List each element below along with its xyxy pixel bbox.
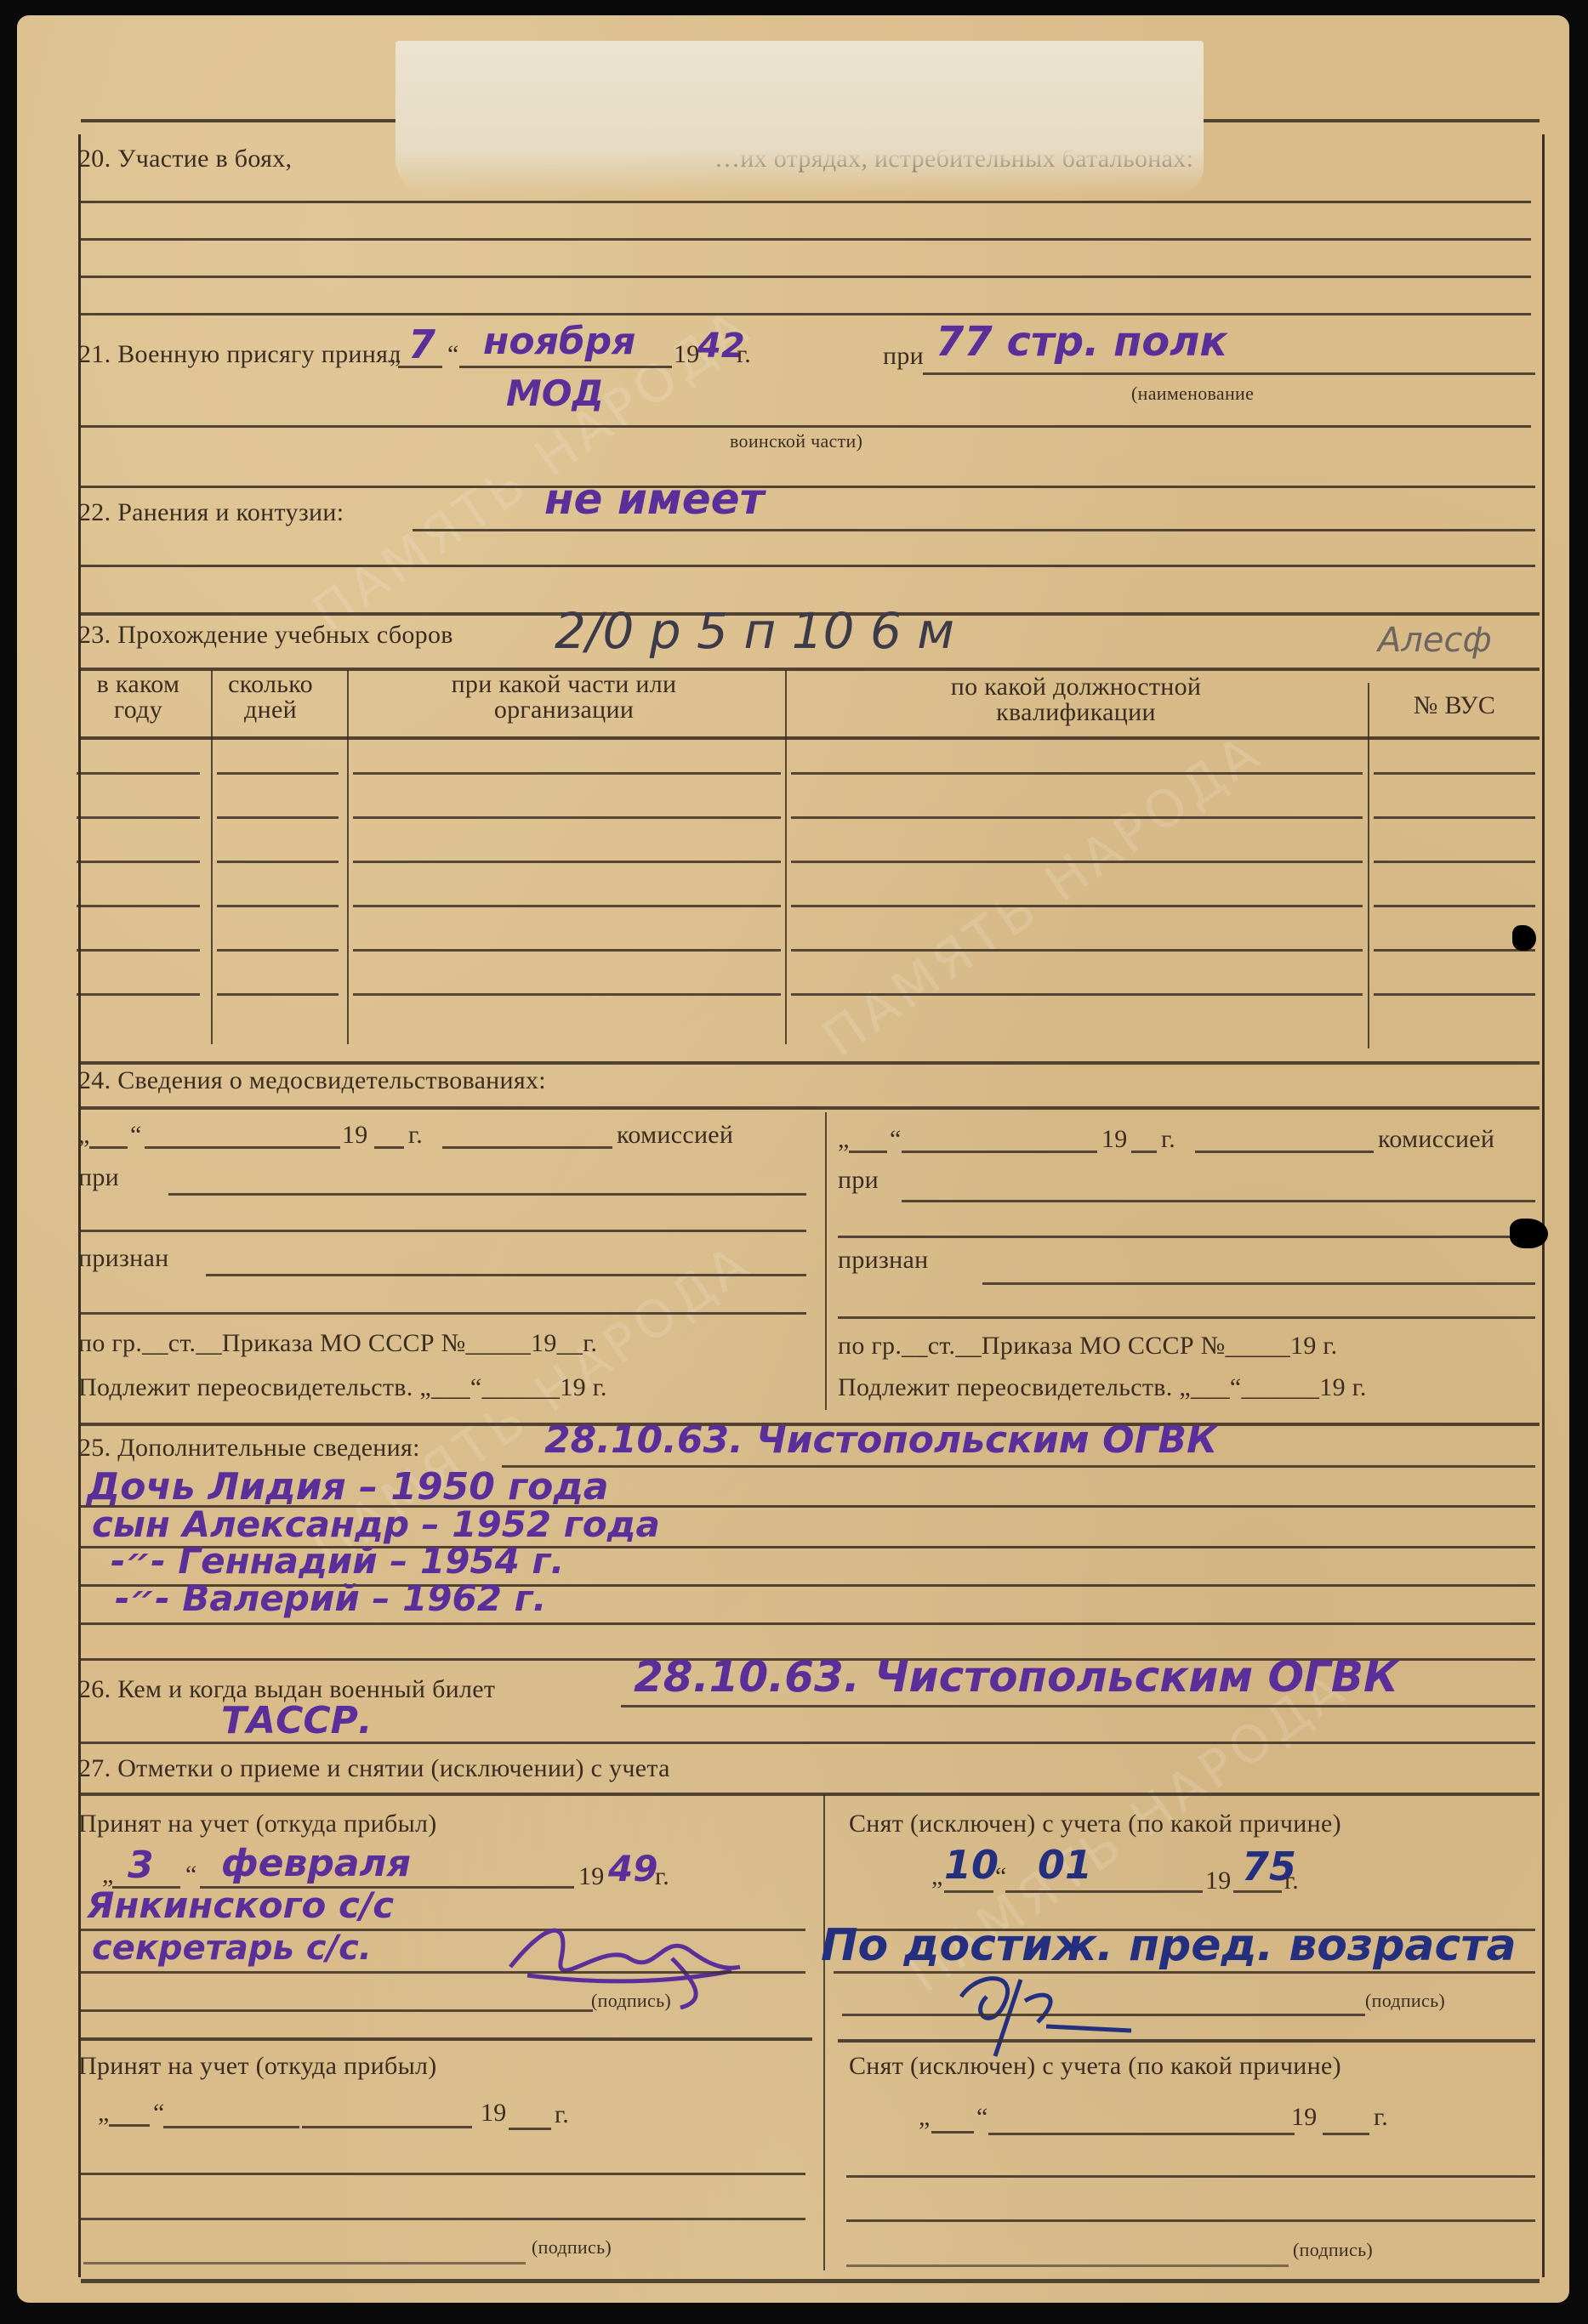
column-header-unit: при какой части илиорганизации <box>347 672 781 723</box>
blank-line <box>838 1316 1535 1319</box>
column-header-year: в какомгоду <box>77 672 200 723</box>
year-suffix-g: г. <box>1161 1125 1175 1154</box>
field27-label: 27. Отметки о приеме и снятии (исключени… <box>78 1754 670 1783</box>
quote-open: „ <box>838 1125 850 1154</box>
table-cell <box>1374 905 1535 907</box>
field22-label: 22. Ранения и контузии: <box>78 498 344 527</box>
field24-label: 24. Сведения о медосвидетельствованиях: <box>78 1066 546 1095</box>
quote-open: „ <box>390 340 401 369</box>
table-cell <box>791 816 1363 819</box>
field23-handwritten-faint: Алесф <box>1378 621 1492 660</box>
table-cell <box>791 993 1363 996</box>
field21-caption-a: (наименование <box>1131 383 1254 405</box>
order-line: по гр.__ст.__Приказа МО СССР №_____19 г. <box>838 1332 1337 1361</box>
table-cell <box>353 993 781 996</box>
blank-line <box>923 372 1535 375</box>
field25-line-3: сын Александр – 1952 года <box>92 1503 660 1545</box>
blank-line <box>902 1200 1535 1202</box>
year-prefix: 19 <box>1101 1125 1128 1154</box>
blank-line <box>842 2014 1365 2016</box>
table-cell <box>353 905 781 907</box>
table-column-rule <box>785 670 787 1044</box>
signature-caption: (подпись) <box>591 1990 671 2012</box>
divider <box>81 1793 1540 1796</box>
field25-label: 25. Дополнительные сведения: <box>78 1434 420 1463</box>
blank-line <box>145 1146 340 1149</box>
column-header-days: сколькодней <box>202 672 339 723</box>
divider <box>81 425 1531 428</box>
table-cell <box>791 949 1363 952</box>
removed-label: Снят (исключен) с учета (по какой причин… <box>849 2052 1341 2081</box>
blank-line <box>846 2219 1535 2222</box>
table-cell <box>1374 816 1535 819</box>
field20-line <box>81 201 1531 203</box>
blank-line <box>78 2009 593 2012</box>
field25-line-2: Дочь Лидия – 1950 года <box>87 1465 609 1509</box>
table-cell <box>77 772 200 775</box>
blank-line <box>988 2133 1295 2135</box>
field25-line-4: -״- Геннадий – 1954 г. <box>111 1540 564 1582</box>
blank-line <box>846 2264 1289 2267</box>
blank-line <box>459 366 672 368</box>
table-cell <box>353 772 781 775</box>
blank-line <box>509 2128 551 2130</box>
signature-caption: (подпись) <box>1365 1990 1445 2012</box>
blank-line <box>1195 1151 1374 1153</box>
blank-line <box>944 1890 993 1893</box>
table-cell <box>77 816 200 819</box>
blank-line <box>374 1146 404 1149</box>
table-cell <box>77 861 200 863</box>
blank-line <box>838 1236 1535 1238</box>
table-cell <box>353 949 781 952</box>
blank-line <box>1233 1890 1282 1893</box>
table-column-rule <box>347 670 349 1044</box>
pri-label: при <box>78 1163 119 1192</box>
divider <box>838 2039 1535 2043</box>
table-cell <box>1374 861 1535 863</box>
removed-day: 10 <box>944 1842 999 1888</box>
field26-value-line-2: ТАССР. <box>221 1699 373 1742</box>
field21-unit: 77 стр. полк <box>936 318 1227 366</box>
quote-close: “ <box>447 340 459 369</box>
blank-line <box>1323 2133 1369 2135</box>
table-cell <box>1374 993 1535 996</box>
commission-label: комиссией <box>617 1121 733 1150</box>
registration-card: ПАМЯТЬ НАРОДА ПАМЯТЬ НАРОДА ПАМЯТЬ НАРОД… <box>17 15 1569 2303</box>
signature-caption: (подпись) <box>1293 2239 1373 2261</box>
accepted-year: 49 <box>608 1848 657 1889</box>
field23-label: 23. Прохождение учебных сборов <box>78 621 453 650</box>
accepted-from-line-2: секретарь с/с. <box>92 1929 372 1968</box>
quote-open: „ <box>931 1862 943 1891</box>
quote-open: „ <box>78 1121 90 1150</box>
divider <box>81 1622 1535 1625</box>
blank-line <box>849 1151 887 1153</box>
table-cell <box>217 993 339 996</box>
blank-line <box>78 1230 806 1232</box>
divider <box>81 1061 1540 1065</box>
year-suffix-g: г. <box>1374 2103 1388 2132</box>
blank-line <box>168 1193 806 1196</box>
field20-line <box>81 313 1531 315</box>
field22-value: не имеет <box>544 474 765 524</box>
accepted-label: Принят на учет (откуда прибыл) <box>78 1810 437 1838</box>
blank-line <box>846 2175 1535 2178</box>
table-column-rule <box>211 670 213 1044</box>
table-cell <box>791 861 1363 863</box>
blank-line <box>834 1971 1535 1974</box>
quote-open: „ <box>98 2099 110 2128</box>
year-suffix-g: г. <box>655 1862 669 1891</box>
priznan-label: признан <box>78 1244 169 1273</box>
reexam-line: Подлежит переосвидетельств. „___“______1… <box>78 1373 607 1402</box>
field25-line-5: -״- Валерий – 1962 г. <box>115 1577 547 1619</box>
field20-line <box>81 238 1531 241</box>
quote-open: „ <box>919 2103 931 2132</box>
table-header-divider <box>81 736 1540 740</box>
field21-day: 7 <box>408 321 435 367</box>
table-cell <box>77 949 200 952</box>
blank-line <box>78 2218 805 2220</box>
quote-close: “ <box>130 1121 142 1150</box>
year-prefix: 19 <box>342 1121 368 1150</box>
blank-line <box>302 2126 472 2128</box>
divider <box>81 486 1535 488</box>
year-suffix-g: г. <box>555 2100 569 2129</box>
blank-line <box>78 1312 806 1315</box>
blank-line <box>83 2262 526 2264</box>
blank-line <box>109 2124 150 2127</box>
blank-line <box>902 1151 1097 1153</box>
field26-value-line-1: 28.10.63. Чистопольским ОГВК <box>634 1652 1398 1702</box>
blank-line <box>163 2126 299 2128</box>
signature-caption: (подпись) <box>532 2236 612 2259</box>
ink-blot <box>1512 925 1536 951</box>
column-rule <box>823 1794 825 2270</box>
field21-month: ноября <box>483 320 635 363</box>
pri-label: при <box>838 1166 879 1195</box>
blank-line <box>1131 1151 1157 1153</box>
quote-close: “ <box>890 1125 902 1154</box>
priznan-label: признан <box>838 1246 929 1275</box>
table-cell <box>217 861 339 863</box>
blank-line <box>442 1146 612 1149</box>
table-cell <box>217 816 339 819</box>
year-prefix: 19 <box>578 1862 605 1891</box>
divider <box>81 1742 1535 1744</box>
column-header-vus: № ВУС <box>1369 691 1540 720</box>
field23-handwritten: 2/0 р 5 п 10 6 м <box>555 602 954 660</box>
divider <box>81 1106 1540 1110</box>
field20-line <box>81 276 1531 278</box>
removed-label: Снят (исключен) с учета (по какой причин… <box>849 1810 1341 1838</box>
accepted-month: февраля <box>221 1842 411 1885</box>
divider <box>81 2279 1540 2283</box>
field21-unit-extra: МОД <box>506 372 604 414</box>
table-cell <box>77 993 200 996</box>
table-cell <box>1374 949 1535 952</box>
accepted-day: 3 <box>128 1844 154 1887</box>
blank-line <box>89 1146 128 1149</box>
table-cell <box>353 861 781 863</box>
quote-close: “ <box>976 2103 988 2132</box>
field21-at-label: при <box>883 342 924 371</box>
field21-caption-b: воинской части) <box>730 430 862 452</box>
table-cell <box>77 905 200 907</box>
field20-label-start: 20. Участие в боях, <box>78 145 292 173</box>
year-prefix: 19 <box>1205 1867 1232 1895</box>
year-suffix-g: г. <box>737 340 751 369</box>
accepted-from-line-1: Янкинского с/с <box>87 1884 394 1926</box>
table-cell <box>353 816 781 819</box>
blank-line <box>1005 1890 1203 1893</box>
table-cell <box>217 949 339 952</box>
field25-line-1: 28.10.63. Чистопольским ОГВК <box>544 1418 1217 1462</box>
year-suffix-g: г. <box>408 1121 423 1150</box>
quote-close: “ <box>153 2099 165 2128</box>
field21-label: 21. Военную присягу принял <box>78 340 401 369</box>
paper-patch <box>396 41 1204 194</box>
order-line: по гр.__ст.__Приказа МО СССР №_____19__г… <box>78 1329 597 1358</box>
table-cell <box>217 772 339 775</box>
year-prefix: 19 <box>1291 2103 1318 2132</box>
quote-close: “ <box>995 1862 1007 1891</box>
table-column-rule <box>1368 683 1369 1048</box>
ink-blot <box>1510 1219 1548 1248</box>
removed-month: 01 <box>1038 1842 1092 1888</box>
blank-line <box>982 1282 1535 1285</box>
column-rule <box>825 1112 827 1410</box>
blank-line <box>621 1705 1535 1707</box>
blank-line <box>206 1274 806 1276</box>
removed-reason: По достиж. пред. возраста <box>821 1920 1517 1971</box>
divider <box>81 565 1535 567</box>
table-cell <box>1374 772 1535 775</box>
blank-line <box>413 529 1535 531</box>
year-suffix-g: г. <box>1284 1867 1299 1895</box>
reexam-line: Подлежит переосвидетельств. „___“______1… <box>838 1373 1367 1402</box>
field21-year-prefix: 19 <box>674 340 700 369</box>
table-cell <box>791 905 1363 907</box>
accepted-label: Принят на учет (откуда прибыл) <box>78 2052 437 2081</box>
table-cell <box>217 905 339 907</box>
blank-line <box>78 1971 805 1974</box>
divider <box>81 2037 812 2041</box>
table-cell <box>791 772 1363 775</box>
column-header-qualification: по какой должностнойквалификации <box>787 674 1365 725</box>
commission-label: комиссией <box>1378 1125 1494 1154</box>
year-prefix: 19 <box>481 2099 507 2128</box>
blank-line <box>502 1465 1535 1468</box>
blank-line <box>931 2131 974 2134</box>
blank-line <box>78 2173 805 2175</box>
